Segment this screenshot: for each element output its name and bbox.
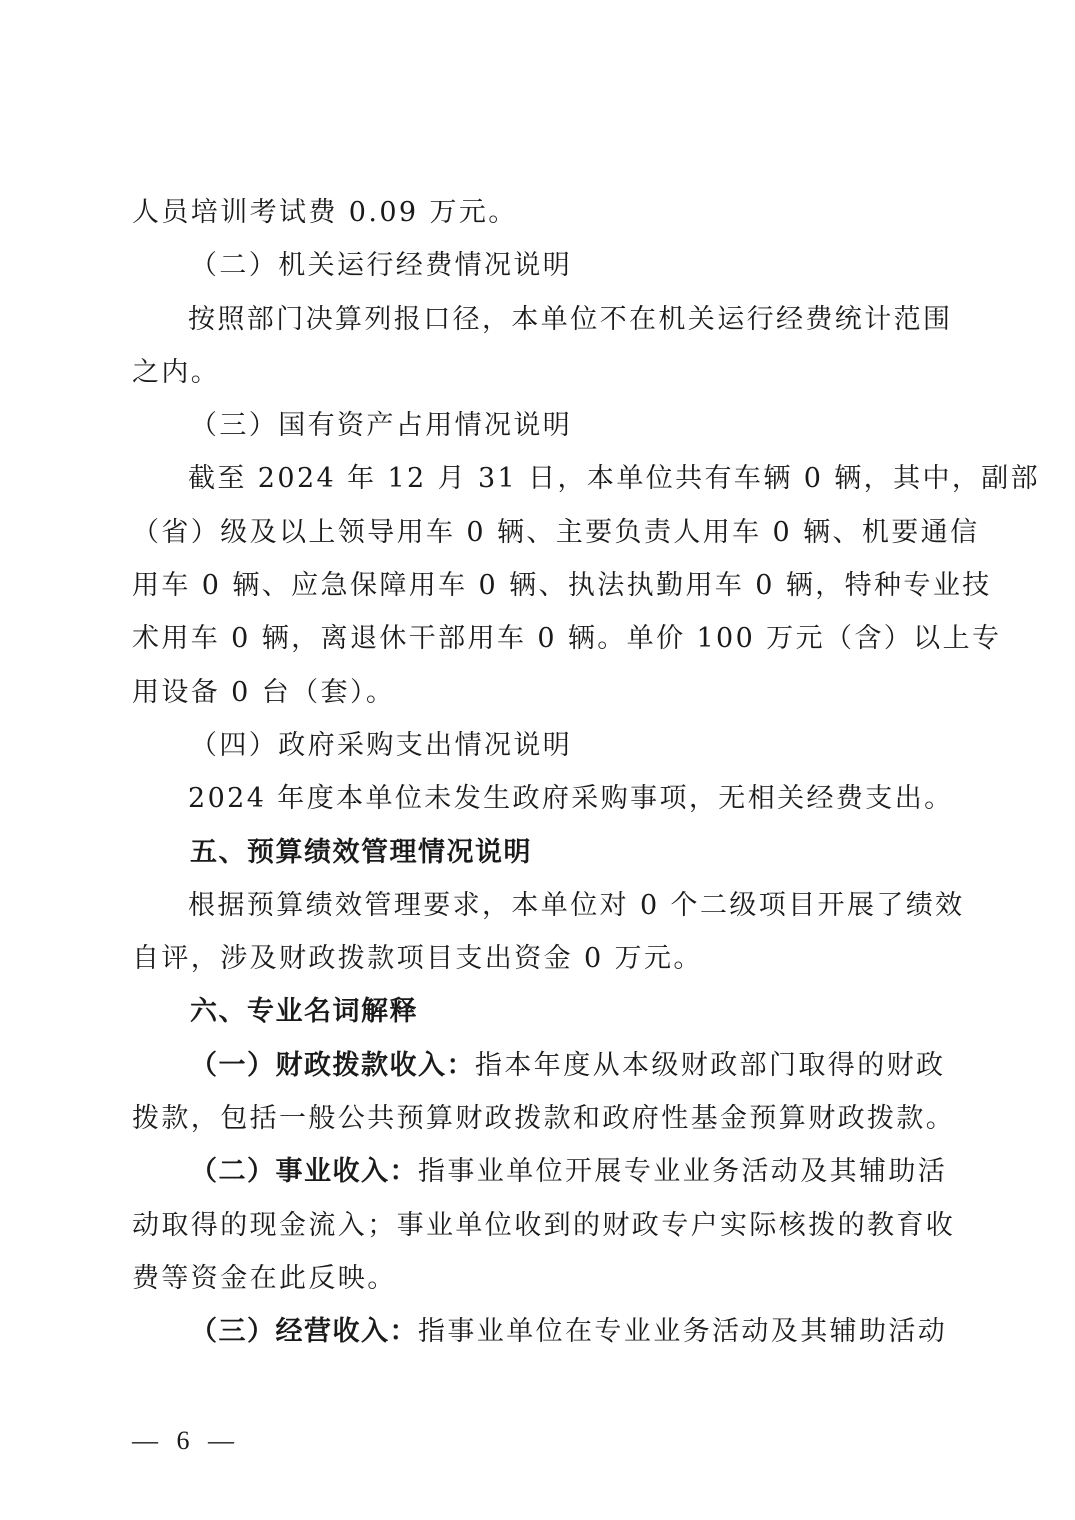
paragraph-line: 费等资金在此反映。	[132, 1252, 944, 1305]
glossary-term: （三）经营收入：	[190, 1316, 418, 1347]
subheading-state-assets: （三）国有资产占用情况说明	[132, 399, 944, 452]
paragraph-line: 根据预算绩效管理要求，本单位对 0 个二级项目开展了绩效	[132, 879, 944, 932]
heading-glossary: 六、专业名词解释	[132, 985, 944, 1038]
paragraph-line: 拨款，包括一般公共预算财政拨款和政府性基金预算财政拨款。	[132, 1092, 944, 1145]
glossary-definition: 指事业单位在专业业务活动及其辅助活动	[418, 1316, 947, 1347]
paragraph-line: 按照部门决算列报口径，本单位不在机关运行经费统计范围	[132, 293, 944, 346]
paragraph-line: 2024 年度本单位未发生政府采购事项，无相关经费支出。	[132, 772, 944, 825]
paragraph-line: 之内。	[132, 346, 944, 399]
glossary-term: （一）财政拨款收入：	[190, 1050, 475, 1081]
subheading-office-operating-expenses: （二）机关运行经费情况说明	[132, 239, 944, 292]
paragraph-line: 动取得的现金流入；事业单位收到的财政专户实际核拨的教育收	[132, 1199, 944, 1252]
page-number: — 6 —	[132, 1426, 240, 1456]
glossary-item-operating-income: （三）经营收入：指事业单位在专业业务活动及其辅助活动	[132, 1305, 944, 1358]
glossary-item-fiscal-appropriation: （一）财政拨款收入：指本年度从本级财政部门取得的财政	[132, 1039, 944, 1092]
subheading-government-procurement: （四）政府采购支出情况说明	[132, 719, 944, 772]
glossary-item-business-income: （二）事业收入：指事业单位开展专业业务活动及其辅助活	[132, 1145, 944, 1198]
paragraph-line: 用车 0 辆、应急保障用车 0 辆、执法执勤用车 0 辆，特种专业技	[132, 559, 944, 612]
paragraph-line: （省）级及以上领导用车 0 辆、主要负责人用车 0 辆、机要通信	[132, 506, 944, 559]
glossary-definition: 指本年度从本级财政部门取得的财政	[475, 1050, 945, 1081]
paragraph-line: 截至 2024 年 12 月 31 日，本单位共有车辆 0 辆，其中，副部	[132, 452, 944, 505]
document-page: 人员培训考试费 0.09 万元。 （二）机关运行经费情况说明 按照部门决算列报口…	[132, 186, 944, 1359]
paragraph-line: 术用车 0 辆，离退休干部用车 0 辆。单价 100 万元（含）以上专	[132, 612, 944, 665]
paragraph-continuation-line: 人员培训考试费 0.09 万元。	[132, 186, 944, 239]
paragraph-line: 用设备 0 台（套）。	[132, 666, 944, 719]
paragraph-line: 自评，涉及财政拨款项目支出资金 0 万元。	[132, 932, 944, 985]
glossary-definition: 指事业单位开展专业业务活动及其辅助活	[418, 1156, 947, 1187]
glossary-term: （二）事业收入：	[190, 1156, 418, 1187]
heading-budget-performance: 五、预算绩效管理情况说明	[132, 826, 944, 879]
